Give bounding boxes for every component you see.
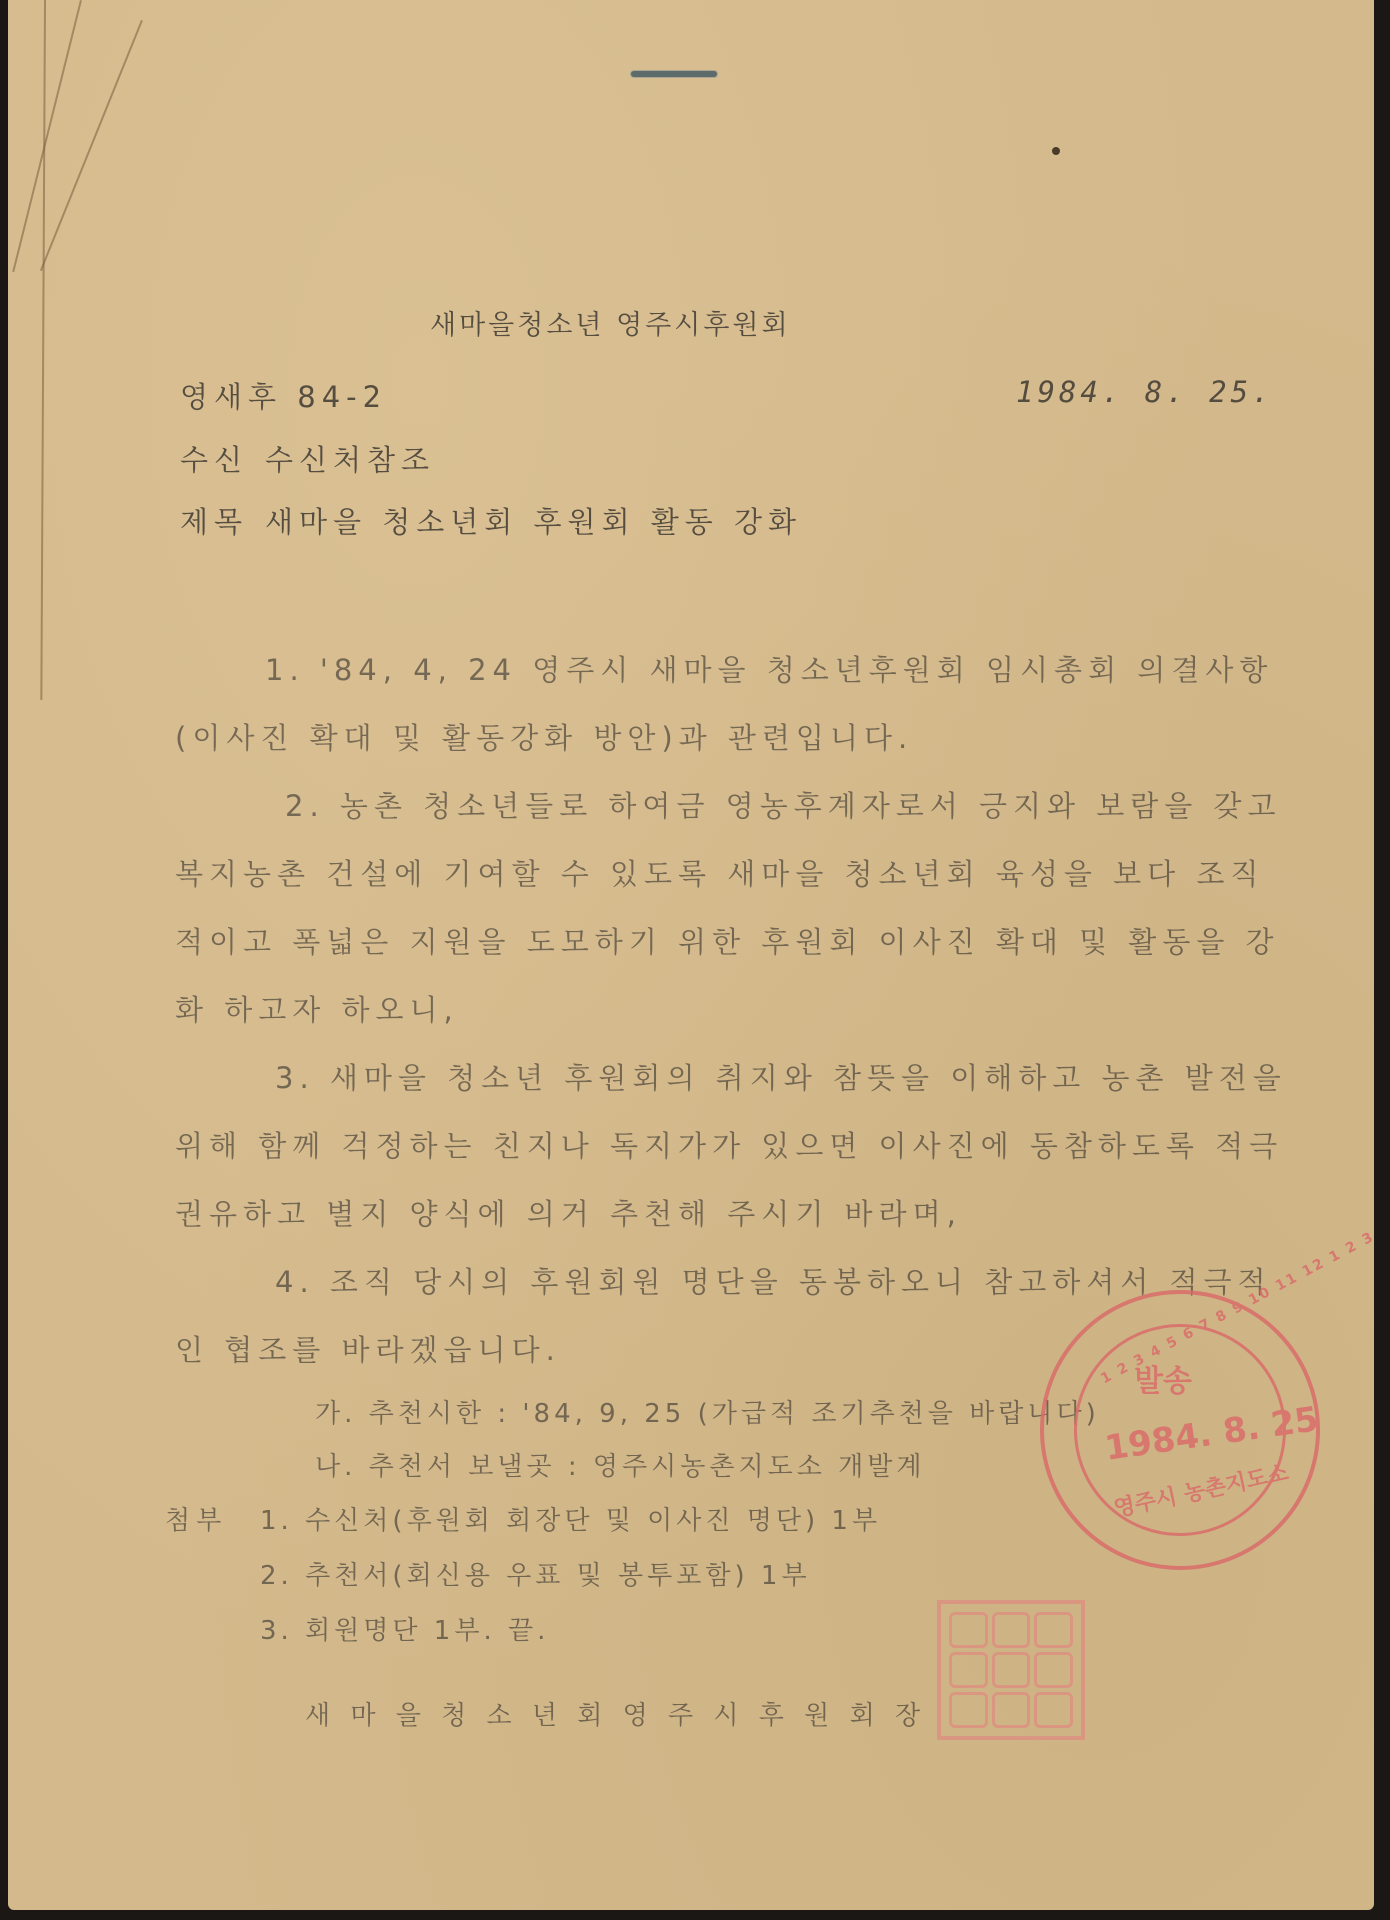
recipient-value: 수신처참조 [265,438,435,479]
underlying-sheet-edge [40,20,143,271]
body-line: 2. 농촌 청소년들로 하여금 영농후계자로서 긍지와 보람을 갖고 [285,784,1282,825]
body-line: 위해 함께 걱정하는 친지나 독지가가 있으면 이사진에 동참하도록 적극 [175,1124,1283,1165]
body-line: (이사진 확대 및 활동강화 방안)과 관련입니다. [175,716,913,757]
official-seal-stamp [937,1600,1085,1740]
attachment-item: 3. 회원명단 1부. 끝. [260,1610,549,1647]
body-line: 화 하고자 하오니, [175,988,459,1029]
paper-speck [1052,147,1060,155]
recipient-label: 수신 [180,443,248,477]
receipt-date-stamp: 발송 1984. 8. 25 영주시 농촌지도소 1 2 3 4 5 6 7 8… [1040,1290,1320,1570]
attachment-label: 첨부 [165,1500,227,1537]
subject-row: 제목 새마을 청소년회 후원회 활동 강화 [180,500,248,541]
sub-item: 가. 추천시한 : '84, 9, 25 (가급적 조기추천을 바랍니다) [315,1393,1100,1430]
attachment-item: 2. 추천서(회신용 우표 및 봉투포함) 1부 [260,1555,811,1592]
document-date: 1984. 8. 25. [1016,375,1274,409]
underlying-sheet-edge [12,0,82,272]
body-line: 3. 새마을 청소년 후원회의 취지와 참뜻을 이해하고 농촌 발전을 [275,1056,1287,1097]
body-line: 복지농촌 건설에 기여할 수 있도록 새마을 청소년회 육성을 보다 조직 [175,852,1264,893]
underlying-sheet-edge [40,0,46,700]
document-number: 영새후 84-2 [180,375,387,416]
body-line: 인 협조를 바라겠읍니다. [175,1328,561,1369]
staple [631,71,717,77]
attachment-item: 1. 수신처(후원회 회장단 및 이사진 명단) 1부 [260,1500,881,1537]
header-organization: 새마을청소년 영주시후원회 [430,303,791,342]
signature-line: 새 마 을 청 소 년 회 영 주 시 후 원 회 장 [305,1695,926,1732]
subject-value: 새마을 청소년회 후원회 활동 강화 [265,500,802,541]
body-line: 4. 조직 당시의 후원회원 명단을 동봉하오니 참고하셔서 적극적 [275,1260,1272,1301]
body-line: 1. '84, 4, 24 영주시 새마을 청소년후원회 임시총회 의결사항 [265,648,1273,689]
subject-label: 제목 [180,505,248,539]
sub-item: 나. 추천서 보낼곳 : 영주시농촌지도소 개발계 [315,1446,925,1483]
recipient-row: 수신 수신처참조 [180,438,248,479]
body-line: 권유하고 별지 양식에 의거 추천해 주시기 바라며, [175,1192,962,1233]
body-line: 적이고 폭넓은 지원을 도모하기 위한 후원회 이사진 확대 및 활동을 강 [175,920,1280,961]
